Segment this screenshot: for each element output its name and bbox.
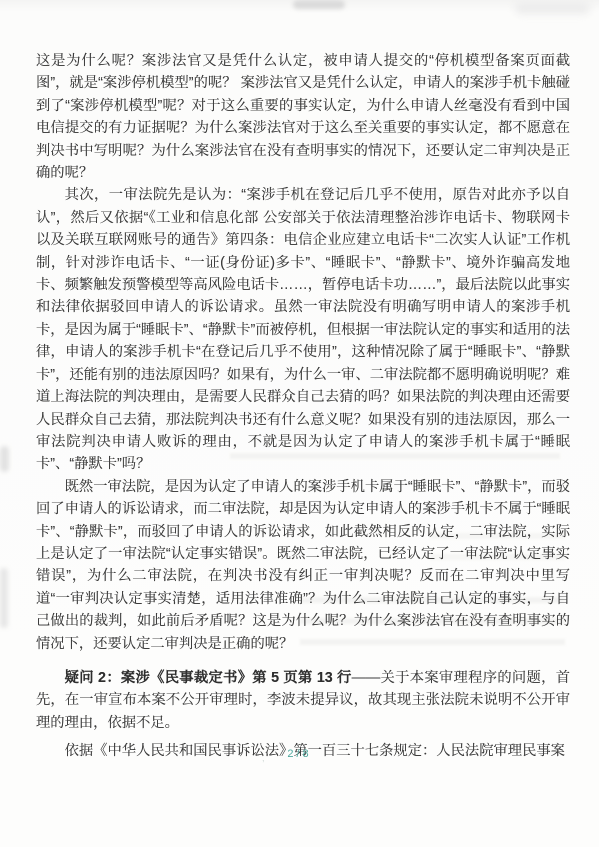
paragraph-first-instance-court-reasoning: 其次，一审法院先是认为：“案涉手机在登记后几乎不使用，原告对此亦予以自认”，然后… bbox=[36, 184, 570, 475]
document-text-block: 这是为什么呢？案涉法官又是凭什么认定，被申请人提交的“停机模型备案页面截图”，就… bbox=[36, 50, 570, 763]
page-number: 2/8 bbox=[0, 748, 599, 760]
scan-smudge-left-edge bbox=[0, 446, 9, 472]
paragraph-contradictory-findings: 既然一审法院，是因为认定了申请人的案涉手机卡属于“睡眠卡”、“静默卡”，而驳回了… bbox=[36, 476, 570, 655]
scan-smudge-top-right bbox=[515, 2, 590, 14]
scanned-document-page: 这是为什么呢？案涉法官又是凭什么认定，被申请人提交的“停机模型备案页面截图”，就… bbox=[0, 0, 599, 847]
scan-smudge-left-edge-lower bbox=[0, 568, 8, 628]
paragraph-continuation-why: 这是为什么呢？案涉法官又是凭什么认定，被申请人提交的“停机模型备案页面截图”，就… bbox=[36, 50, 570, 184]
scan-smudge-top-center bbox=[293, 0, 345, 9]
question2-bold-lead: 疑问 2：案涉《民事裁定书》第 5 页第 13 行 bbox=[65, 670, 352, 686]
paragraph-question2: 疑问 2：案涉《民事裁定书》第 5 页第 13 行——关于本案审理程序的问题，首… bbox=[36, 667, 570, 734]
